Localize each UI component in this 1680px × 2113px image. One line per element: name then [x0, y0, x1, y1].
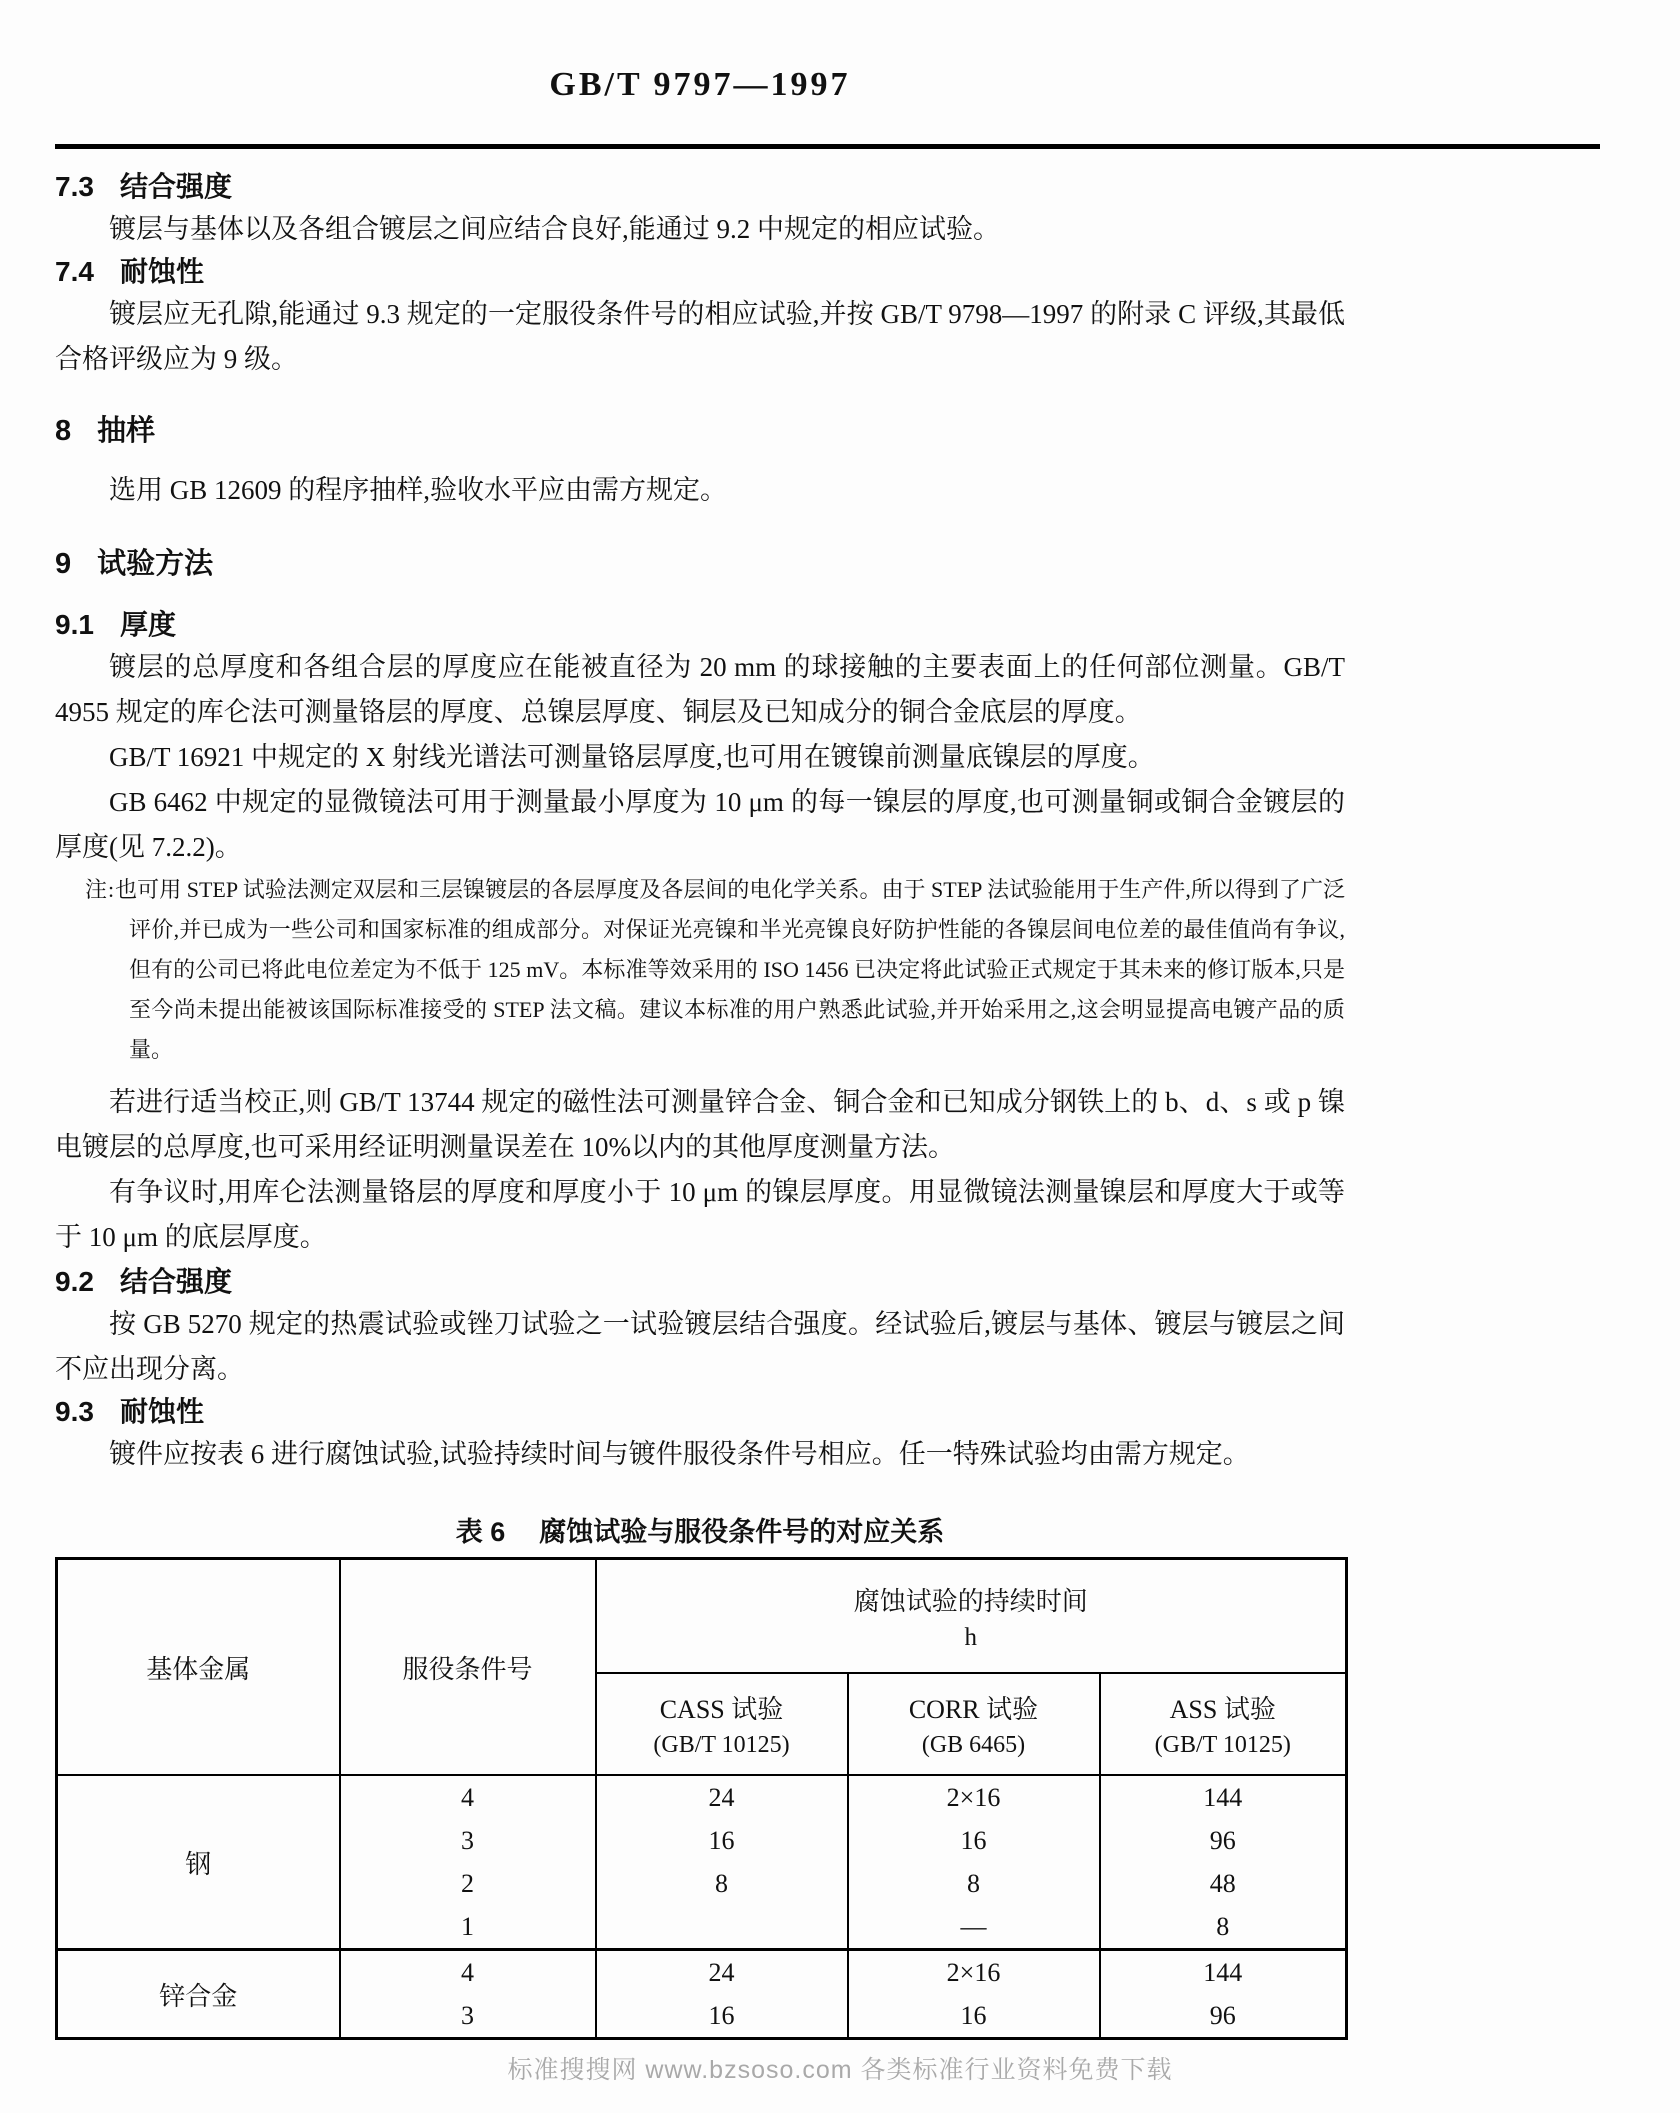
section-9-title: 试验方法: [97, 548, 213, 580]
paragraph-7-4: 镀层应无孔隙,能通过 9.3 规定的一定服役条件号的相应试验,并按 GB/T 9…: [55, 292, 1345, 382]
section-8-number: 8: [55, 415, 71, 447]
paragraph-7-3: 镀层与基体以及各组合镀层之间应结合良好,能通过 9.2 中规定的相应试验。: [55, 207, 1345, 252]
section-9-1-number: 9.1: [55, 609, 94, 640]
header-base-metal: 基体金属: [57, 1559, 340, 1776]
table-6-caption-title: 腐蚀试验与服役条件号的对应关系: [539, 1517, 944, 1547]
cell-condition: 4: [340, 1775, 596, 1819]
section-9-2-number: 9.2: [55, 1266, 94, 1297]
header-corr-test: CORR 试验 (GB 6465): [848, 1673, 1100, 1775]
section-7-3-heading: 7.3结合强度: [55, 167, 1345, 207]
header-cass-stack: CASS 试验 (GB/T 10125): [597, 1689, 847, 1759]
paragraph-9-1-b: GB/T 16921 中规定的 X 射线光谱法可测量铬层厚度,也可用在镀镍前测量…: [55, 735, 1345, 780]
cell-condition: 4: [340, 1950, 596, 1995]
section-8-heading: 8抽样: [55, 408, 1345, 454]
note-step-test: 注:也可用 STEP 试验法测定双层和三层镍镀层的各层厚度及各层间的电化学关系。…: [55, 870, 1345, 1070]
cell-ass: 96: [1100, 1819, 1347, 1862]
table-row-steel-4: 钢 4 24 2×16 144: [57, 1775, 1347, 1819]
table-6-caption: 表 6腐蚀试验与服役条件号的对应关系: [55, 1513, 1345, 1551]
paragraph-9-1-e: 有争议时,用库仑法测量铬层的厚度和厚度小于 10 μm 的镍层厚度。用显微镜法测…: [55, 1170, 1345, 1260]
cell-cass: [596, 1905, 848, 1950]
paragraph-8: 选用 GB 12609 的程序抽样,验收水平应由需方规定。: [55, 468, 1345, 513]
cell-cass: 16: [596, 1819, 848, 1862]
section-9-2-title: 结合强度: [120, 1266, 232, 1297]
section-9-heading: 9试验方法: [55, 541, 1345, 587]
cell-metal-steel: 钢: [57, 1775, 340, 1950]
section-8-title: 抽样: [97, 415, 155, 447]
header-test-duration: 腐蚀试验的持续时间 h: [596, 1559, 1347, 1674]
header-corr-standard: (GB 6465): [849, 1732, 1099, 1759]
cell-ass: 96: [1100, 1994, 1347, 2039]
cell-ass: 144: [1100, 1950, 1347, 1995]
cell-ass: 8: [1100, 1905, 1347, 1950]
cell-corr: —: [848, 1905, 1100, 1950]
header-ass-standard: (GB/T 10125): [1101, 1732, 1346, 1759]
cell-corr: 16: [848, 1819, 1100, 1862]
cell-condition: 3: [340, 1819, 596, 1862]
section-9-2-heading: 9.2结合强度: [55, 1262, 1345, 1302]
table-header-row-1: 基体金属 服役条件号 腐蚀试验的持续时间 h: [57, 1559, 1347, 1674]
section-7-4-heading: 7.4耐蚀性: [55, 252, 1345, 292]
header-test-duration-stack: 腐蚀试验的持续时间 h: [597, 1581, 1346, 1652]
section-9-3-heading: 9.3耐蚀性: [55, 1392, 1345, 1432]
paragraph-9-1-a: 镀层的总厚度和各组合层的厚度应在能被直径为 20 mm 的球接触的主要表面上的任…: [55, 645, 1345, 735]
cell-metal-zinc-alloy: 锌合金: [57, 1950, 340, 2039]
document-content: GB/T 9797—1997 7.3结合强度 镀层与基体以及各组合镀层之间应结合…: [55, 0, 1345, 2040]
header-cass-name: CASS 试验: [597, 1689, 847, 1726]
cell-cass: 24: [596, 1950, 848, 1995]
header-cass-standard: (GB/T 10125): [597, 1732, 847, 1759]
section-9-1-heading: 9.1厚度: [55, 605, 1345, 645]
cell-ass: 144: [1100, 1775, 1347, 1819]
corrosion-test-table: 基体金属 服役条件号 腐蚀试验的持续时间 h CASS 试验 (GB/T 101…: [55, 1557, 1348, 2040]
cell-corr: 16: [848, 1994, 1100, 2039]
header-ass-stack: ASS 试验 (GB/T 10125): [1101, 1689, 1346, 1759]
section-7-4-title: 耐蚀性: [120, 256, 204, 287]
header-divider-rule: [55, 144, 1600, 149]
header-test-duration-unit: h: [597, 1624, 1346, 1652]
document-page: GB/T 9797—1997 7.3结合强度 镀层与基体以及各组合镀层之间应结合…: [0, 0, 1680, 2113]
section-7-4-number: 7.4: [55, 256, 94, 287]
cell-condition: 2: [340, 1862, 596, 1905]
header-test-duration-label: 腐蚀试验的持续时间: [597, 1581, 1346, 1618]
header-cass-test: CASS 试验 (GB/T 10125): [596, 1673, 848, 1775]
cell-cass: 16: [596, 1994, 848, 2039]
footer-watermark: 标准搜搜网 www.bzsoso.com 各类标准行业资料免费下载: [0, 2050, 1680, 2086]
paragraph-9-3: 镀件应按表 6 进行腐蚀试验,试验持续时间与镀件服役条件号相应。任一特殊试验均由…: [55, 1432, 1345, 1477]
header-ass-test: ASS 试验 (GB/T 10125): [1100, 1673, 1347, 1775]
note-text: 也可用 STEP 试验法测定双层和三层镍镀层的各层厚度及各层间的电化学关系。由于…: [115, 877, 1345, 1062]
header-ass-name: ASS 试验: [1101, 1689, 1346, 1726]
cell-corr: 2×16: [848, 1950, 1100, 1995]
cell-cass: 8: [596, 1862, 848, 1905]
paragraph-9-1-c: GB 6462 中规定的显微镜法可用于测量最小厚度为 10 μm 的每一镍层的厚…: [55, 780, 1345, 870]
section-9-1-title: 厚度: [120, 609, 176, 640]
header-corr-name: CORR 试验: [849, 1689, 1099, 1726]
note-label: 注:: [85, 877, 115, 902]
cell-ass: 48: [1100, 1862, 1347, 1905]
table-row-zinc-4: 锌合金 4 24 2×16 144: [57, 1950, 1347, 1995]
header-service-condition: 服役条件号: [340, 1559, 596, 1776]
section-7-3-number: 7.3: [55, 171, 94, 202]
header-corr-stack: CORR 试验 (GB 6465): [849, 1689, 1099, 1759]
cell-condition: 3: [340, 1994, 596, 2039]
section-7-3-title: 结合强度: [120, 171, 232, 202]
cell-corr: 8: [848, 1862, 1100, 1905]
table-6-caption-number: 表 6: [456, 1517, 506, 1547]
section-9-3-title: 耐蚀性: [120, 1396, 204, 1427]
section-9-3-number: 9.3: [55, 1396, 94, 1427]
section-9-number: 9: [55, 548, 71, 580]
paragraph-9-2: 按 GB 5270 规定的热震试验或锉刀试验之一试验镀层结合强度。经试验后,镀层…: [55, 1302, 1345, 1392]
cell-cass: 24: [596, 1775, 848, 1819]
standard-number-title: GB/T 9797—1997: [55, 0, 1345, 104]
paragraph-9-1-d: 若进行适当校正,则 GB/T 13744 规定的磁性法可测量锌合金、铜合金和已知…: [55, 1080, 1345, 1170]
cell-condition: 1: [340, 1905, 596, 1950]
cell-corr: 2×16: [848, 1775, 1100, 1819]
